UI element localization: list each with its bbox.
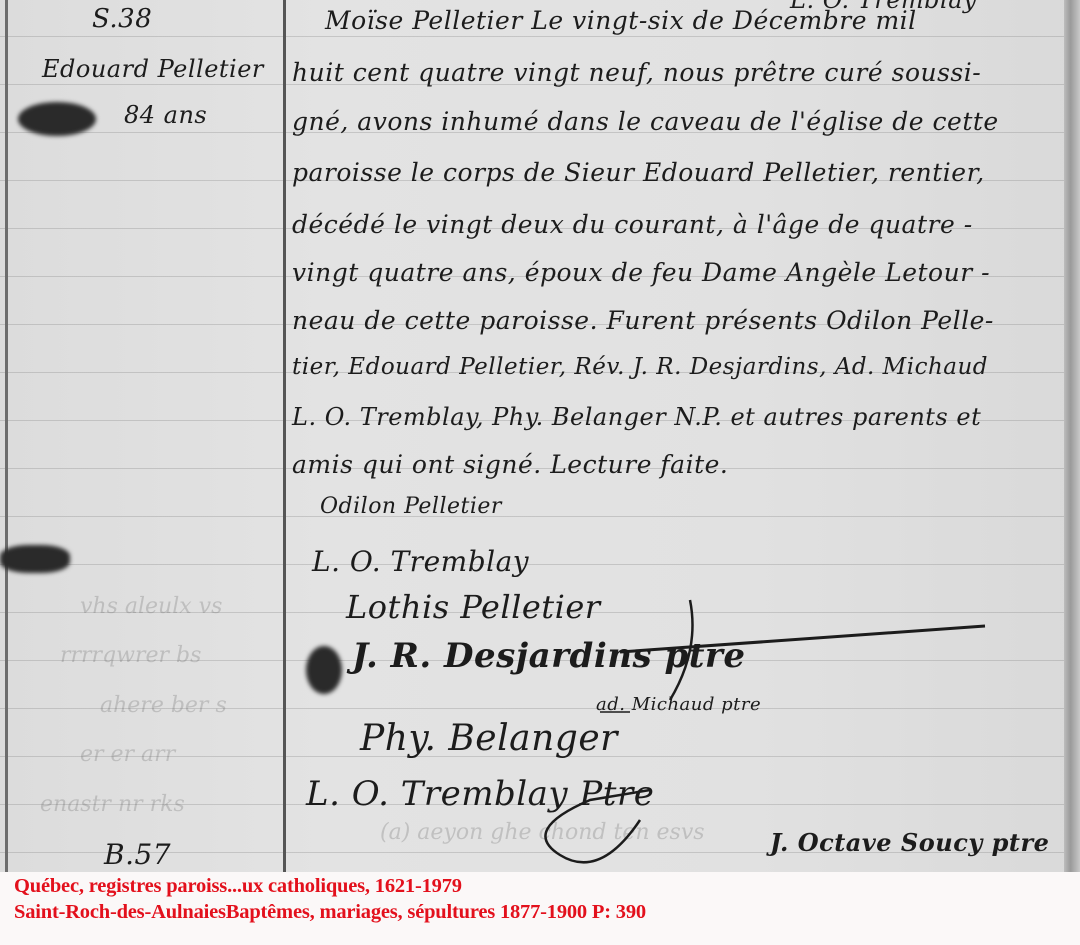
scanned-register-page: vhs aleulx vs rrrrqwrer bs ahere ber s e… (0, 0, 1080, 872)
source-caption: Québec, registres paroiss...ux catholiqu… (14, 873, 646, 925)
caption-collection-title: Québec, registres paroiss...ux catholiqu… (14, 873, 646, 899)
caption-register-details: Saint-Roch-des-AulnaiesBaptêmes, mariage… (14, 899, 646, 925)
signature-flourish (0, 0, 1080, 872)
